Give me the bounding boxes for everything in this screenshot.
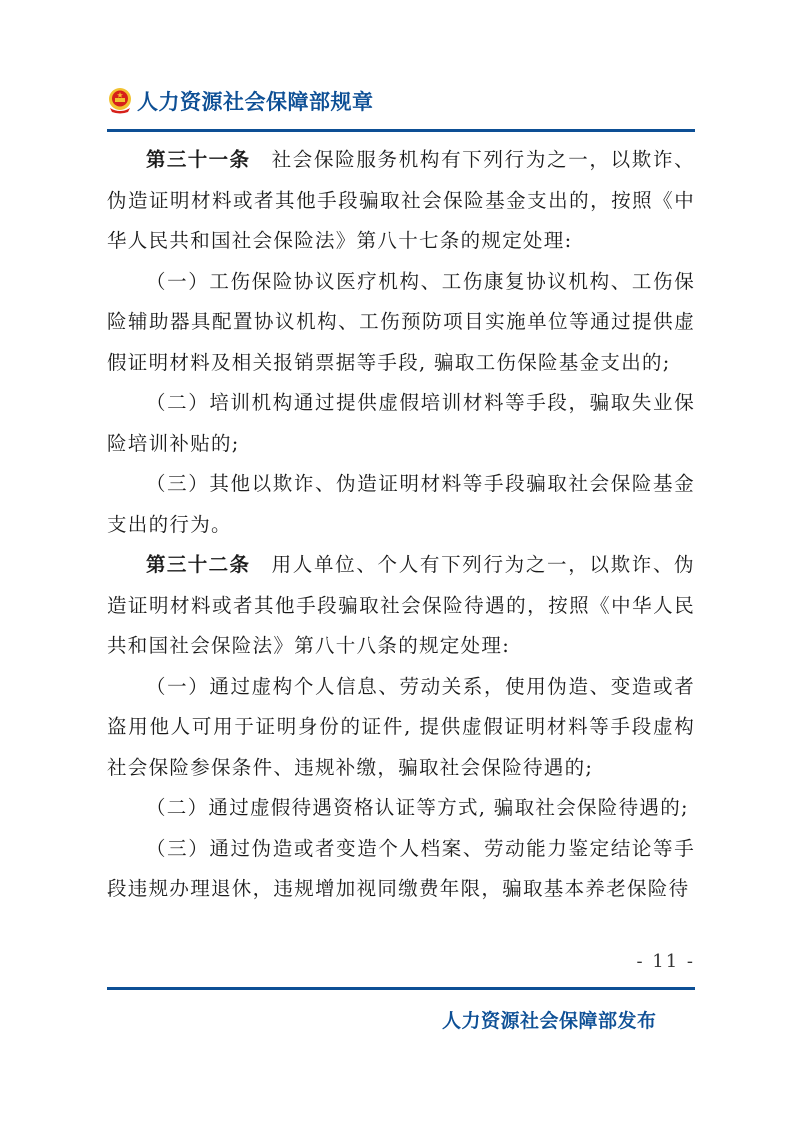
- header-title: 人力资源社会保障部规章: [137, 86, 374, 116]
- footer-divider: [107, 987, 695, 990]
- article-31-item-2: （二）培训机构通过提供虚假培训材料等手段，骗取失业保险培训补贴的;: [107, 383, 695, 464]
- article-32-item-2: （二）通过虚假待遇资格认证等方式, 骗取社会保险待遇的;: [107, 788, 695, 829]
- article-number: 第三十一条: [146, 148, 250, 171]
- article-32-item-3: （三）通过伪造或者变造个人档案、劳动能力鉴定结论等手段违规办理退休，违规增加视同…: [107, 829, 695, 910]
- document-body: 第三十一条 社会保险服务机构有下列行为之一，以欺诈、伪造证明材料或者其他手段骗取…: [107, 140, 695, 910]
- page-number: - 11 -: [636, 951, 695, 972]
- document-header: 人力资源社会保障部规章: [107, 86, 374, 116]
- article-31-item-1: （一）工伤保险协议医疗机构、工伤康复协议机构、工伤保险辅助器具配置协议机构、工伤…: [107, 262, 695, 384]
- article-31-item-3: （三）其他以欺诈、伪造证明材料等手段骗取社会保险基金支出的行为。: [107, 464, 695, 545]
- article-32-item-1: （一）通过虚构个人信息、劳动关系，使用伪造、变造或者盗用他人可用于证明身份的证件…: [107, 667, 695, 789]
- header-divider: [107, 129, 695, 132]
- footer-publisher: 人力资源社会保障部发布: [442, 1006, 657, 1033]
- article-number: 第三十二条: [146, 553, 250, 576]
- article-31: 第三十一条 社会保险服务机构有下列行为之一，以欺诈、伪造证明材料或者其他手段骗取…: [107, 140, 695, 262]
- national-emblem-icon: [107, 87, 133, 115]
- article-32: 第三十二条 用人单位、个人有下列行为之一，以欺诈、伪造证明材料或者其他手段骗取社…: [107, 545, 695, 667]
